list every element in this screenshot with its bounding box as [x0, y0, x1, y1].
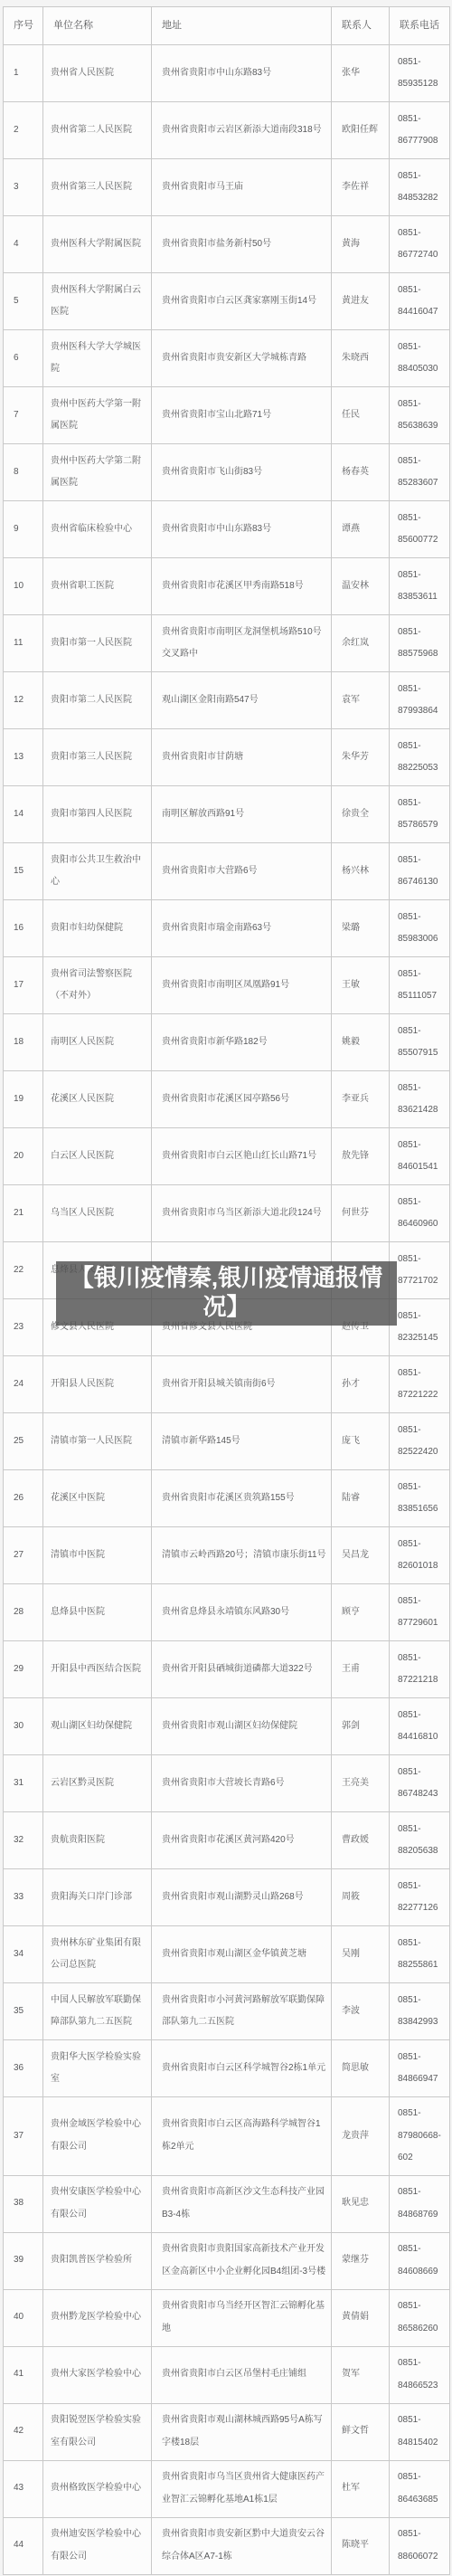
cell-no: 14 — [4, 786, 43, 843]
table-row: 13 贵阳市第三人民医院 贵州省贵阳市甘荫塘 朱华芳 0851-88225053 — [4, 729, 450, 786]
cell-phone: 0851-86746130 — [390, 843, 450, 900]
cell-phone: 0851-86748243 — [390, 1755, 450, 1812]
cell-phone: 0851-85111057 — [390, 957, 450, 1014]
cell-phone: 0851-85600772 — [390, 501, 450, 558]
col-header-contact: 联系人 — [332, 7, 390, 45]
cell-phone: 0851-83851656 — [390, 1470, 450, 1527]
cell-contact-person: 王敏 — [332, 957, 390, 1014]
table-row: 6 贵州医科大学大学城医院 贵州省贵阳市贵安新区大学城栋青路 朱晓西 0851-… — [4, 330, 450, 387]
cell-address: 贵州省贵阳市花溪区黄河路420号 — [152, 1812, 332, 1869]
cell-no: 44 — [4, 2517, 43, 2574]
cell-unit-name: 乌当区人民医院 — [43, 1185, 152, 1242]
table-row: 25 清镇市第一人民医院 清镇市新华路145号 庞飞 0851-82522420 — [4, 1413, 450, 1470]
cell-unit-name: 贵阳市公共卫生救治中心 — [43, 843, 152, 900]
cell-no: 7 — [4, 387, 43, 444]
cell-contact-person: 曹政媛 — [332, 1812, 390, 1869]
cell-contact-person: 梁璐 — [332, 900, 390, 957]
cell-unit-name: 清镇市第一人民医院 — [43, 1413, 152, 1470]
cell-unit-name: 贵州黔龙医学检验中心 — [43, 2289, 152, 2346]
cell-address: 贵州省贵阳市花溪区甲秀南路518号 — [152, 558, 332, 615]
table-row: 20 白云区人民医院 贵州省贵阳市白云区艳山红长山路71号 敖先锋 0851-8… — [4, 1128, 450, 1185]
table-row: 26 花溪区中医院 贵州省贵阳市花溪区贵筑路155号 陆睿 0851-83851… — [4, 1470, 450, 1527]
cell-address: 贵州省贵阳市马王庙 — [152, 159, 332, 216]
table-row: 14 贵阳市第四人民医院 南明区解放西路91号 徐贵全 0851-8578657… — [4, 786, 450, 843]
cell-phone: 0851-84601541 — [390, 1128, 450, 1185]
cell-unit-name: 开阳县人民医院 — [43, 1356, 152, 1413]
cell-phone: 0851-85935128 — [390, 45, 450, 102]
cell-contact-person: 徐贵全 — [332, 786, 390, 843]
table-row: 8 贵州中医药大学第二附属医院 贵州省贵阳市飞山街83号 杨春英 0851-85… — [4, 444, 450, 501]
cell-address: 贵州省贵阳市飞山街83号 — [152, 444, 332, 501]
cell-contact-person: 敖先锋 — [332, 1128, 390, 1185]
cell-phone: 0851-82277126 — [390, 1869, 450, 1926]
cell-no: 16 — [4, 900, 43, 957]
cell-unit-name: 中国人民解放军联勤保障部队第九二五医院 — [43, 1983, 152, 2040]
table-row: 19 花溪区人民医院 贵州省贵阳市花溪区园亭路56号 李亚兵 0851-8362… — [4, 1071, 450, 1128]
cell-phone: 0851-83621428 — [390, 1071, 450, 1128]
cell-contact-person: 周筱 — [332, 1869, 390, 1926]
cell-no: 1 — [4, 45, 43, 102]
cell-contact-person: 李佐祥 — [332, 159, 390, 216]
cell-address: 贵州省贵阳市宝山北路71号 — [152, 387, 332, 444]
cell-phone: 0851-83853611 — [390, 558, 450, 615]
cell-no: 36 — [4, 2040, 43, 2097]
cell-unit-name: 贵州迪安医学检验中心有限公司 — [43, 2517, 152, 2574]
cell-no: 25 — [4, 1413, 43, 1470]
cell-contact-person: 朱华芳 — [332, 729, 390, 786]
cell-phone: 0851-85638639 — [390, 387, 450, 444]
cell-phone: 0851-86777908 — [390, 102, 450, 159]
cell-contact-person: 杜军 — [332, 2460, 390, 2517]
table-row: 5 贵州医科大学附属白云医院 贵州省贵阳市白云区龚家寨刚玉街14号 黄进友 08… — [4, 273, 450, 330]
cell-contact-person: 庞飞 — [332, 1413, 390, 1470]
table-row: 2 贵州省第二人民医院 贵州省贵阳市云岩区新添大道南段318号 欧阳任辉 085… — [4, 102, 450, 159]
cell-contact-person: 蒙继芬 — [332, 2232, 390, 2289]
cell-contact-person: 杨春英 — [332, 444, 390, 501]
cell-address: 贵州省贵阳市大营路6号 — [152, 843, 332, 900]
cell-unit-name: 贵阳市第四人民医院 — [43, 786, 152, 843]
cell-phone: 0851-88575968 — [390, 615, 450, 672]
table-header-row: 序号 单位名称 地址 联系人 联系电话 — [4, 7, 450, 45]
cell-address: 贵州省贵阳市白云区科学城智谷2栋1单元 — [152, 2040, 332, 2097]
table-row: 40 贵州黔龙医学检验中心 贵州省贵阳市乌当经开区智汇云锦孵化基地 黄倩娟 08… — [4, 2289, 450, 2346]
cell-no: 32 — [4, 1812, 43, 1869]
table-row: 29 开阳县中西医结合医院 贵州省开阳县硒城街道磷都大道322号 王甫 0851… — [4, 1641, 450, 1698]
cell-address: 贵州省贵阳市贵阳国家高新技术产业开发区金高新区中小企业孵化园B4组团-3号楼 — [152, 2232, 332, 2289]
cell-address: 贵州省贵阳市观山湖区妇幼保健院 — [152, 1698, 332, 1755]
cell-contact-person: 顾亨 — [332, 1584, 390, 1641]
cell-contact-person: 余红岚 — [332, 615, 390, 672]
col-header-no: 序号 — [4, 7, 43, 45]
cell-address: 贵州省贵阳市贵安新区大学城栋青路 — [152, 330, 332, 387]
cell-unit-name: 贵州格致医学检验中心 — [43, 2460, 152, 2517]
cell-unit-name: 贵州省人民医院 — [43, 45, 152, 102]
cell-phone: 0851-86460960 — [390, 1185, 450, 1242]
watermark-overlay: 【银川疫情秦,银川疫情通报情况】 — [56, 1261, 397, 1326]
cell-no: 41 — [4, 2346, 43, 2403]
cell-no: 35 — [4, 1983, 43, 2040]
col-header-address: 地址 — [152, 7, 332, 45]
cell-address: 贵州省贵阳市大营坡长青路6号 — [152, 1755, 332, 1812]
table-row: 11 贵阳市第一人民医院 贵州省贵阳市南明区龙洞堡机场路510号交叉路中 余红岚… — [4, 615, 450, 672]
cell-contact-person: 李亚兵 — [332, 1071, 390, 1128]
cell-phone: 0851-87221222 — [390, 1356, 450, 1413]
cell-phone: 0851-84815402 — [390, 2403, 450, 2460]
cell-no: 28 — [4, 1584, 43, 1641]
table-row: 33 贵阳海关口岸门诊部 贵州省贵阳市观山湖黔灵山路268号 周筱 0851-8… — [4, 1869, 450, 1926]
cell-phone: 0851-82522420 — [390, 1413, 450, 1470]
cell-no: 9 — [4, 501, 43, 558]
cell-address: 贵州省贵阳市南明区龙洞堡机场路510号交叉路中 — [152, 615, 332, 672]
cell-no: 29 — [4, 1641, 43, 1698]
cell-phone: 0851-88606072 — [390, 2517, 450, 2574]
table-row: 7 贵州中医药大学第一附属医院 贵州省贵阳市宝山北路71号 任民 0851-85… — [4, 387, 450, 444]
cell-contact-person: 杨兴林 — [332, 843, 390, 900]
cell-no: 8 — [4, 444, 43, 501]
cell-address: 贵州省贵阳市盐务新村50号 — [152, 216, 332, 273]
cell-no: 18 — [4, 1014, 43, 1071]
table-row: 27 清镇市中医院 清镇市云岭西路20号；清镇市康乐街11号 吴昌龙 0851-… — [4, 1527, 450, 1584]
cell-contact-person: 鲜文哲 — [332, 2403, 390, 2460]
cell-address: 贵州省贵阳市观山湖黔灵山路268号 — [152, 1869, 332, 1926]
cell-unit-name: 白云区人民医院 — [43, 1128, 152, 1185]
cell-phone: 0851-84416810 — [390, 1698, 450, 1755]
cell-phone: 0851-88205638 — [390, 1812, 450, 1869]
table-row: 10 贵州省职工医院 贵州省贵阳市花溪区甲秀南路518号 温安林 0851-83… — [4, 558, 450, 615]
table-row: 21 乌当区人民医院 贵州省贵阳市乌当区新添大道北段124号 何世芬 0851-… — [4, 1185, 450, 1242]
cell-contact-person: 谭燕 — [332, 501, 390, 558]
cell-unit-name: 贵州中医药大学第二附属医院 — [43, 444, 152, 501]
cell-unit-name: 贵州省职工医院 — [43, 558, 152, 615]
cell-no: 6 — [4, 330, 43, 387]
cell-no: 15 — [4, 843, 43, 900]
cell-contact-person: 贺军 — [332, 2346, 390, 2403]
cell-address: 贵州省贵阳市云岩区新添大道南段318号 — [152, 102, 332, 159]
table-row: 39 贵阳凯普医学检验所 贵州省贵阳市贵阳国家高新技术产业开发区金高新区中小企业… — [4, 2232, 450, 2289]
cell-address: 贵州省开阳县城关镇南街6号 — [152, 1356, 332, 1413]
cell-unit-name: 贵阳凯普医学检验所 — [43, 2232, 152, 2289]
cell-phone: 0851-84608669 — [390, 2232, 450, 2289]
cell-address: 清镇市云岭西路20号；清镇市康乐街11号 — [152, 1527, 332, 1584]
cell-contact-person: 简思敏 — [332, 2040, 390, 2097]
cell-phone: 0851-86586260 — [390, 2289, 450, 2346]
cell-phone: 0851-83842993 — [390, 1983, 450, 2040]
cell-no: 13 — [4, 729, 43, 786]
cell-unit-name: 贵州大家医学检验中心 — [43, 2346, 152, 2403]
table-row: 18 南明区人民医院 贵州省贵阳市新华路182号 姚毅 0851-8550791… — [4, 1014, 450, 1071]
cell-contact-person: 何世芬 — [332, 1185, 390, 1242]
cell-no: 19 — [4, 1071, 43, 1128]
cell-address: 南明区解放西路91号 — [152, 786, 332, 843]
cell-unit-name: 贵阳市第三人民医院 — [43, 729, 152, 786]
cell-unit-name: 贵州省司法警察医院（不对外） — [43, 957, 152, 1014]
cell-unit-name: 贵州省第二人民医院 — [43, 102, 152, 159]
cell-address: 贵州省贵阳市白云区吊堡村毛庄铺组 — [152, 2346, 332, 2403]
cell-contact-person: 吴刚 — [332, 1926, 390, 1983]
cell-no: 17 — [4, 957, 43, 1014]
table-row: 16 贵阳市妇幼保健院 贵州省贵阳市瑞金南路63号 梁璐 0851-859830… — [4, 900, 450, 957]
cell-address: 贵州省贵阳市白云区高海路科学城智谷1栋2单元 — [152, 2097, 332, 2176]
cell-no: 2 — [4, 102, 43, 159]
cell-phone: 0851-86772740 — [390, 216, 450, 273]
cell-phone: 0851-88405030 — [390, 330, 450, 387]
cell-contact-person: 孙才 — [332, 1356, 390, 1413]
cell-unit-name: 贵阳市第二人民医院 — [43, 672, 152, 729]
cell-no: 4 — [4, 216, 43, 273]
table-row: 30 观山湖区妇幼保健院 贵州省贵阳市观山湖区妇幼保健院 郭剑 0851-844… — [4, 1698, 450, 1755]
cell-phone: 0851-85786579 — [390, 786, 450, 843]
cell-phone: 0851-87993864 — [390, 672, 450, 729]
cell-no: 31 — [4, 1755, 43, 1812]
cell-address: 贵州省贵阳市花溪区园亭路56号 — [152, 1071, 332, 1128]
cell-no: 24 — [4, 1356, 43, 1413]
cell-unit-name: 云岩区黔灵医院 — [43, 1755, 152, 1812]
cell-no: 21 — [4, 1185, 43, 1242]
table-row: 34 贵州林东矿业集团有限公司总医院 贵州省贵阳市观山湖区金华镇黄芝塘 吴刚 0… — [4, 1926, 450, 1983]
cell-address: 贵州省贵阳市花溪区贵筑路155号 — [152, 1470, 332, 1527]
cell-contact-person: 黄进友 — [332, 273, 390, 330]
cell-unit-name: 贵阳市第一人民医院 — [43, 615, 152, 672]
cell-no: 42 — [4, 2403, 43, 2460]
cell-contact-person: 姚毅 — [332, 1014, 390, 1071]
cell-phone: 0851-87729601 — [390, 1584, 450, 1641]
cell-phone: 0851-85983006 — [390, 900, 450, 957]
cell-address: 贵州省贵阳市甘荫塘 — [152, 729, 332, 786]
cell-no: 43 — [4, 2460, 43, 2517]
cell-no: 3 — [4, 159, 43, 216]
cell-no: 23 — [4, 1299, 43, 1356]
cell-no: 27 — [4, 1527, 43, 1584]
cell-address: 贵州省贵阳市贵安新区黔中大道贵安云谷综合体A区A7-1栋 — [152, 2517, 332, 2574]
cell-address: 贵州省贵阳市中山东路83号 — [152, 45, 332, 102]
cell-address: 贵州省贵阳市白云区艳山红长山路71号 — [152, 1128, 332, 1185]
cell-unit-name: 贵州医科大学附属白云医院 — [43, 273, 152, 330]
cell-phone: 0851-87221218 — [390, 1641, 450, 1698]
cell-address: 贵州省开阳县硒城街道磷都大道322号 — [152, 1641, 332, 1698]
cell-no: 22 — [4, 1242, 43, 1299]
cell-unit-name: 清镇市中医院 — [43, 1527, 152, 1584]
cell-no: 5 — [4, 273, 43, 330]
cell-address: 贵州省贵阳市南明区凤凰路91号 — [152, 957, 332, 1014]
table-row: 4 贵州医科大学附属医院 贵州省贵阳市盐务新村50号 黄海 0851-86772… — [4, 216, 450, 273]
cell-unit-name: 贵阳市妇幼保健院 — [43, 900, 152, 957]
cell-address: 贵州省贵阳市小河黄河路解放军联勤保障部队第九二五医院 — [152, 1983, 332, 2040]
cell-address: 贵州省贵阳市白云区龚家寨刚玉街14号 — [152, 273, 332, 330]
cell-no: 33 — [4, 1869, 43, 1926]
cell-address: 贵州省贵阳市观山湖区金华镇黄芝塘 — [152, 1926, 332, 1983]
cell-no: 37 — [4, 2097, 43, 2176]
cell-address: 贵州省息烽县永靖镇东风路30号 — [152, 1584, 332, 1641]
cell-unit-name: 观山湖区妇幼保健院 — [43, 1698, 152, 1755]
table-row: 24 开阳县人民医院 贵州省开阳县城关镇南街6号 孙才 0851-8722122… — [4, 1356, 450, 1413]
cell-phone: 0851-84866523 — [390, 2346, 450, 2403]
table-row: 3 贵州省第三人民医院 贵州省贵阳市马王庙 李佐祥 0851-84853282 — [4, 159, 450, 216]
cell-no: 12 — [4, 672, 43, 729]
cell-unit-name: 贵州医科大学附属医院 — [43, 216, 152, 273]
cell-address: 贵州省贵阳市高新区沙文生态科技产业园B3-4栋 — [152, 2175, 332, 2232]
cell-contact-person: 张华 — [332, 45, 390, 102]
cell-unit-name: 花溪区中医院 — [43, 1470, 152, 1527]
cell-contact-person: 耿见忠 — [332, 2175, 390, 2232]
cell-address: 清镇市新华路145号 — [152, 1413, 332, 1470]
table-row: 31 云岩区黔灵医院 贵州省贵阳市大营坡长青路6号 王亮美 0851-86748… — [4, 1755, 450, 1812]
table-row: 35 中国人民解放军联勤保障部队第九二五医院 贵州省贵阳市小河黄河路解放军联勤保… — [4, 1983, 450, 2040]
cell-phone: 0851-87721702 — [390, 1242, 450, 1299]
cell-unit-name: 息烽县中医院 — [43, 1584, 152, 1641]
cell-contact-person: 王甫 — [332, 1641, 390, 1698]
cell-address: 贵州省贵阳市乌当区新添大道北段124号 — [152, 1185, 332, 1242]
table-row: 1 贵州省人民医院 贵州省贵阳市中山东路83号 张华 0851-85935128 — [4, 45, 450, 102]
cell-contact-person: 欧阳任辉 — [332, 102, 390, 159]
table-row: 17 贵州省司法警察医院（不对外） 贵州省贵阳市南明区凤凰路91号 王敏 085… — [4, 957, 450, 1014]
cell-unit-name: 贵州金域医学检验中心有限公司 — [43, 2097, 152, 2176]
watermark-text: 【银川疫情秦,银川疫情通报情况】 — [71, 1264, 382, 1320]
cell-address: 贵州省贵阳市乌当区贵州省大健康医药产业智汇云锦孵化基地A1栋1层 — [152, 2460, 332, 2517]
table-row: 44 贵州迪安医学检验中心有限公司 贵州省贵阳市贵安新区黔中大道贵安云谷综合体A… — [4, 2517, 450, 2574]
cell-phone: 0851-87980668-602 — [390, 2097, 450, 2176]
cell-no: 26 — [4, 1470, 43, 1527]
col-header-name: 单位名称 — [43, 7, 152, 45]
table-row: 43 贵州格致医学检验中心 贵州省贵阳市乌当区贵州省大健康医药产业智汇云锦孵化基… — [4, 2460, 450, 2517]
cell-contact-person: 李波 — [332, 1983, 390, 2040]
table-row: 28 息烽县中医院 贵州省息烽县永靖镇东风路30号 顾亨 0851-877296… — [4, 1584, 450, 1641]
cell-address: 观山湖区金阳南路547号 — [152, 672, 332, 729]
cell-unit-name: 南明区人民医院 — [43, 1014, 152, 1071]
cell-phone: 0851-82601018 — [390, 1527, 450, 1584]
page: 序号 单位名称 地址 联系人 联系电话 1 贵州省人民医院 贵州省贵阳市中山东路… — [0, 6, 452, 2576]
cell-unit-name: 开阳县中西医结合医院 — [43, 1641, 152, 1698]
cell-contact-person: 朱晓西 — [332, 330, 390, 387]
cell-unit-name: 贵州中医药大学第一附属医院 — [43, 387, 152, 444]
cell-phone: 0851-88225053 — [390, 729, 450, 786]
cell-unit-name: 贵阳锐翌医学检验实验室有限公司 — [43, 2403, 152, 2460]
table-row: 32 贵航贵阳医院 贵州省贵阳市花溪区黄河路420号 曹政媛 0851-8820… — [4, 1812, 450, 1869]
cell-no: 11 — [4, 615, 43, 672]
cell-address: 贵州省贵阳市乌当经开区智汇云锦孵化基地 — [152, 2289, 332, 2346]
cell-unit-name: 贵州安康医学检验中心有限公司 — [43, 2175, 152, 2232]
cell-unit-name: 贵航贵阳医院 — [43, 1812, 152, 1869]
cell-contact-person: 吴昌龙 — [332, 1527, 390, 1584]
table-row: 42 贵阳锐翌医学检验实验室有限公司 贵州省贵阳市观山湖林城西路95号A栋写字楼… — [4, 2403, 450, 2460]
cell-phone: 0851-84868769 — [390, 2175, 450, 2232]
cell-unit-name: 贵州省第三人民医院 — [43, 159, 152, 216]
cell-no: 40 — [4, 2289, 43, 2346]
cell-no: 30 — [4, 1698, 43, 1755]
cell-unit-name: 贵州省临床检验中心 — [43, 501, 152, 558]
cell-phone: 0851-86463685 — [390, 2460, 450, 2517]
cell-contact-person: 陆睿 — [332, 1470, 390, 1527]
table-row: 36 贵阳华大医学检验实验室 贵州省贵阳市白云区科学城智谷2栋1单元 简思敏 0… — [4, 2040, 450, 2097]
cell-address: 贵州省贵阳市瑞金南路63号 — [152, 900, 332, 957]
cell-phone: 0851-84866947 — [390, 2040, 450, 2097]
cell-phone: 0851-88255861 — [390, 1926, 450, 1983]
cell-phone: 0851-85283607 — [390, 444, 450, 501]
cell-contact-person: 龙贵萍 — [332, 2097, 390, 2176]
cell-phone: 0851-82325145 — [390, 1299, 450, 1356]
table-row: 41 贵州大家医学检验中心 贵州省贵阳市白云区吊堡村毛庄铺组 贺军 0851-8… — [4, 2346, 450, 2403]
col-header-phone: 联系电话 — [390, 7, 450, 45]
cell-no: 34 — [4, 1926, 43, 1983]
cell-unit-name: 花溪区人民医院 — [43, 1071, 152, 1128]
cell-unit-name: 贵州林东矿业集团有限公司总医院 — [43, 1926, 152, 1983]
cell-address: 贵州省贵阳市观山湖林城西路95号A栋写字楼18层 — [152, 2403, 332, 2460]
table-row: 38 贵州安康医学检验中心有限公司 贵州省贵阳市高新区沙文生态科技产业园B3-4… — [4, 2175, 450, 2232]
cell-contact-person: 袁军 — [332, 672, 390, 729]
table-row: 37 贵州金域医学检验中心有限公司 贵州省贵阳市白云区高海路科学城智谷1栋2单元… — [4, 2097, 450, 2176]
cell-no: 20 — [4, 1128, 43, 1185]
table-row: 15 贵阳市公共卫生救治中心 贵州省贵阳市大营路6号 杨兴林 0851-8674… — [4, 843, 450, 900]
cell-unit-name: 贵阳华大医学检验实验室 — [43, 2040, 152, 2097]
cell-contact-person: 郭剑 — [332, 1698, 390, 1755]
cell-phone: 0851-84853282 — [390, 159, 450, 216]
cell-contact-person: 黄海 — [332, 216, 390, 273]
cell-contact-person: 温安林 — [332, 558, 390, 615]
cell-no: 38 — [4, 2175, 43, 2232]
table-row: 9 贵州省临床检验中心 贵州省贵阳市中山东路83号 谭燕 0851-856007… — [4, 501, 450, 558]
cell-contact-person: 陈晓平 — [332, 2517, 390, 2574]
cell-address: 贵州省贵阳市新华路182号 — [152, 1014, 332, 1071]
cell-no: 39 — [4, 2232, 43, 2289]
cell-no: 10 — [4, 558, 43, 615]
cell-phone: 0851-85507915 — [390, 1014, 450, 1071]
cell-contact-person: 黄倩娟 — [332, 2289, 390, 2346]
cell-address: 贵州省贵阳市中山东路83号 — [152, 501, 332, 558]
cell-unit-name: 贵阳海关口岸门诊部 — [43, 1869, 152, 1926]
cell-contact-person: 王亮美 — [332, 1755, 390, 1812]
cell-phone: 0851-84416047 — [390, 273, 450, 330]
table-row: 12 贵阳市第二人民医院 观山湖区金阳南路547号 袁军 0851-879938… — [4, 672, 450, 729]
cell-contact-person: 任民 — [332, 387, 390, 444]
cell-unit-name: 贵州医科大学大学城医院 — [43, 330, 152, 387]
